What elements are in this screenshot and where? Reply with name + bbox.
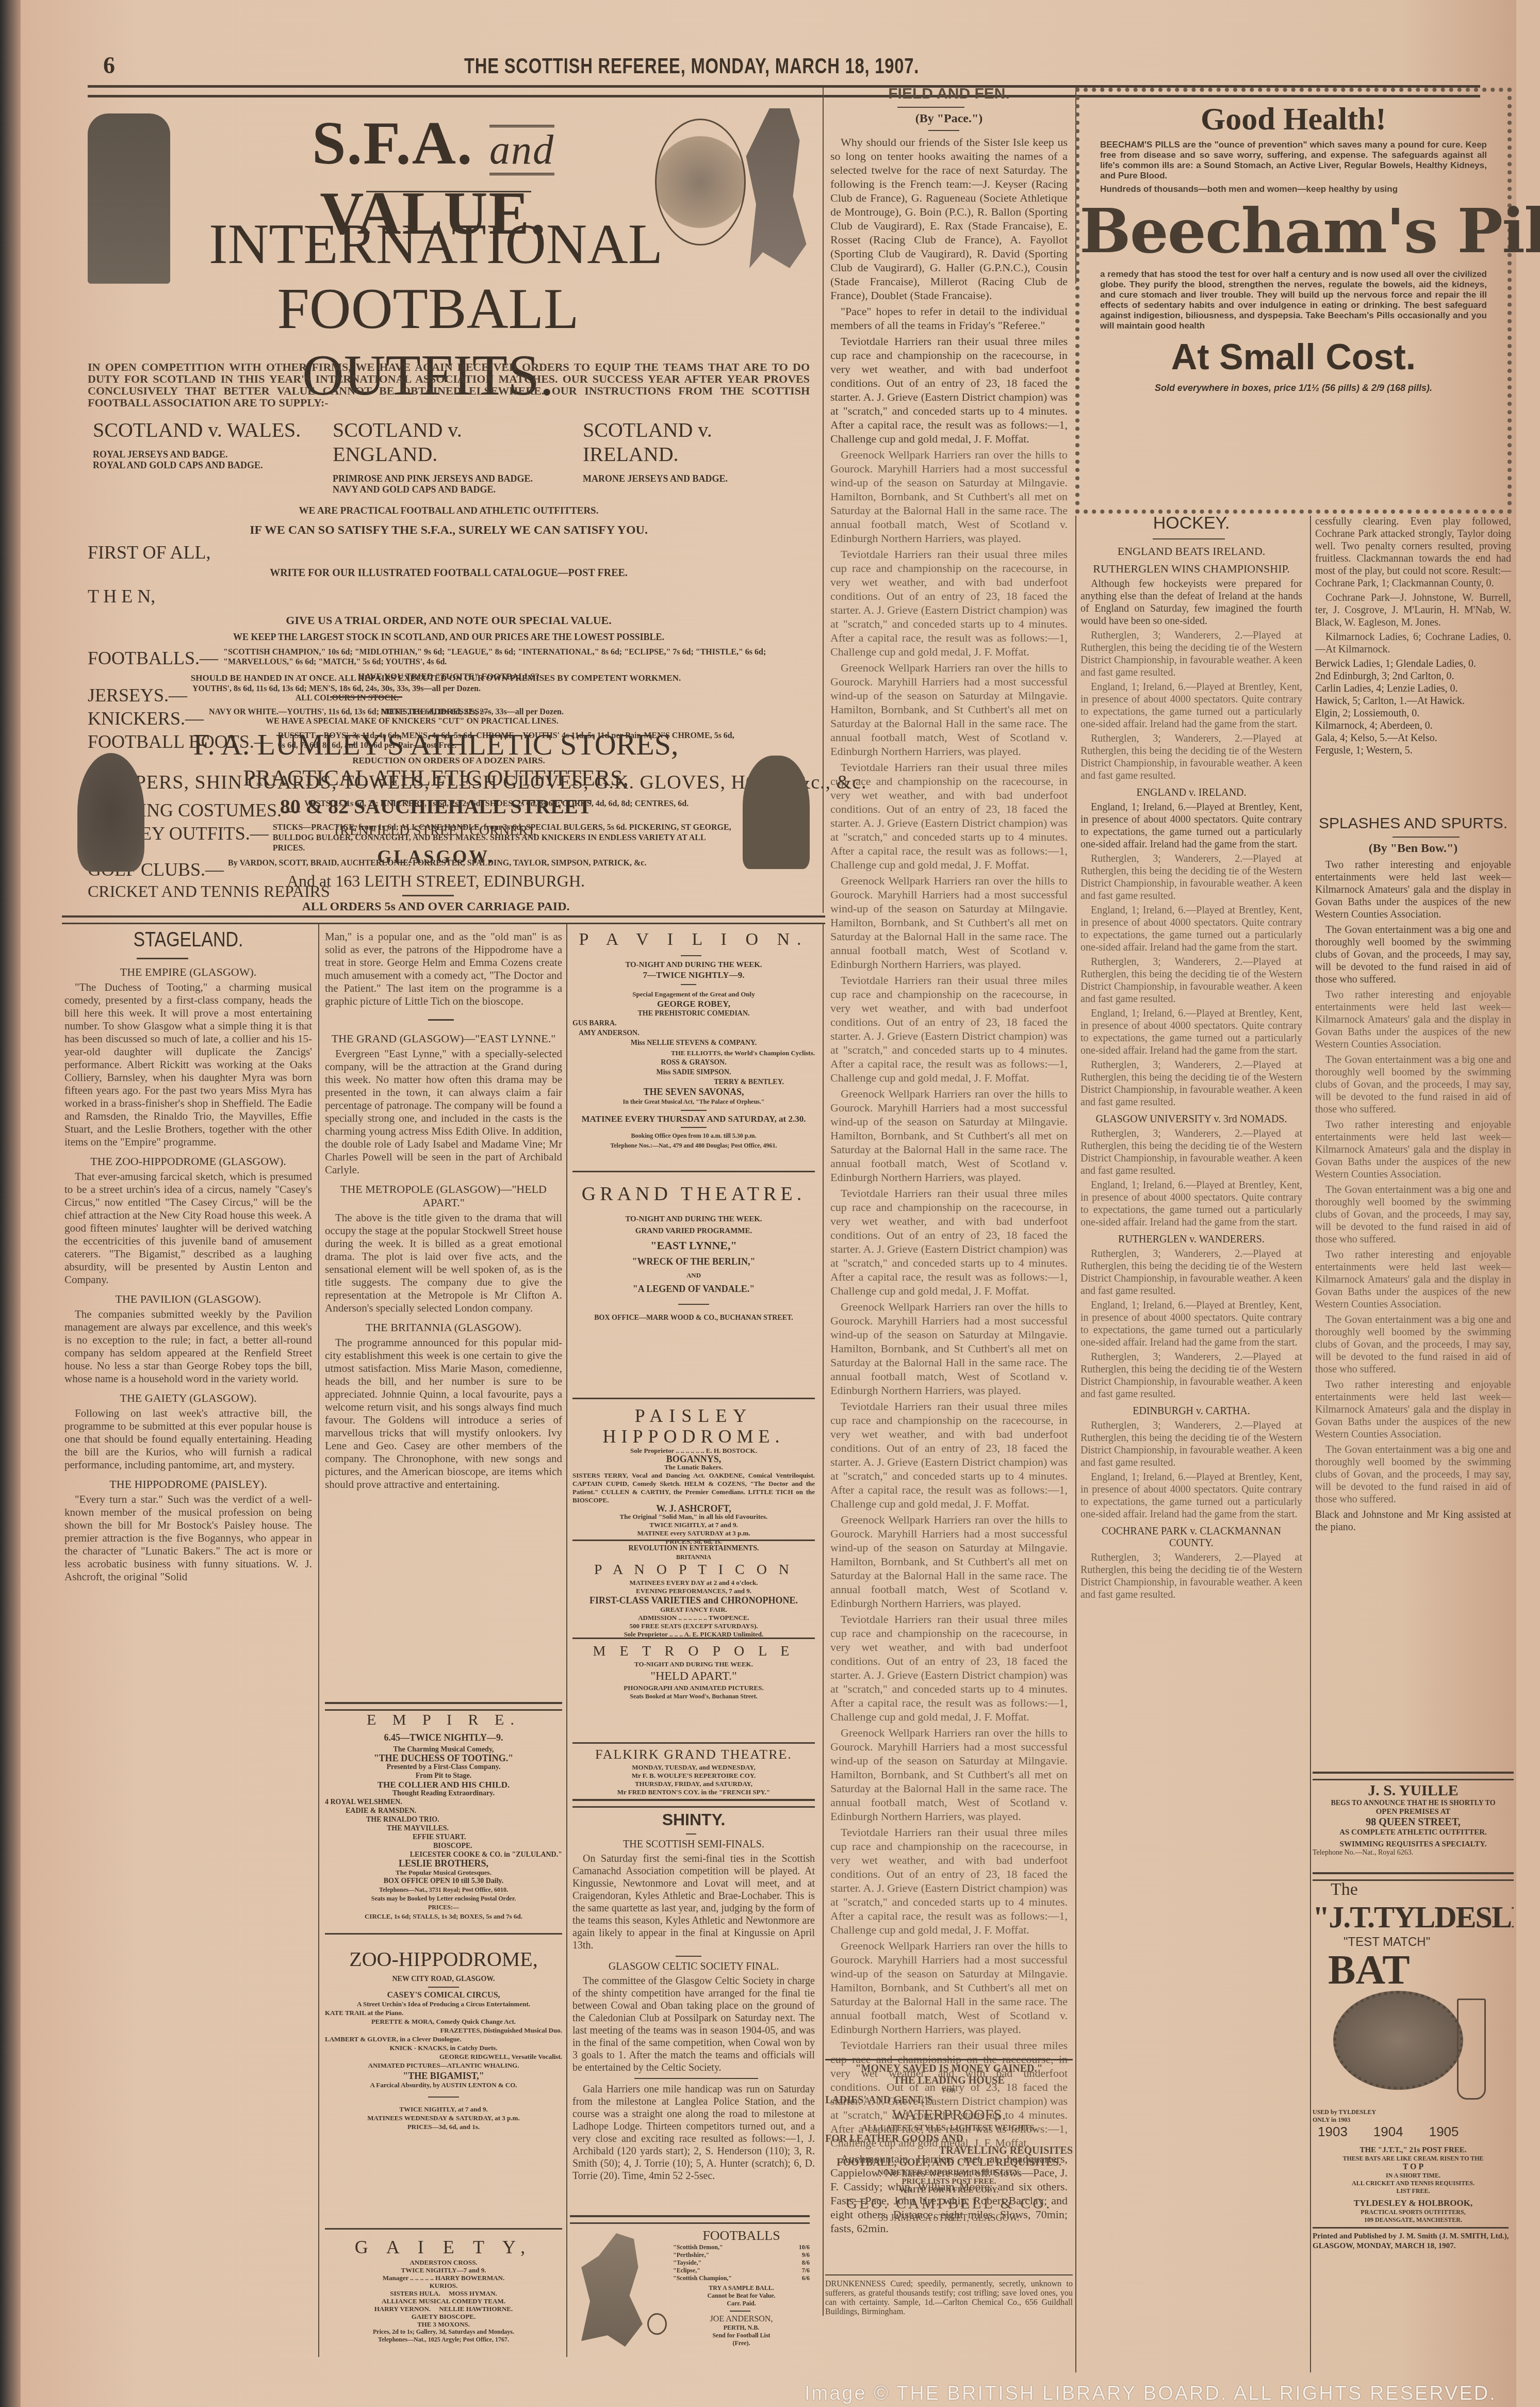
football-price-row: "Eclipse,"7/6 xyxy=(673,2267,810,2274)
panopticon-ad: REVOLUTION IN ENTERTAINMENTS. BRITANNIA … xyxy=(572,1545,815,1639)
scan-edge xyxy=(0,0,21,2407)
store-name: F. A. LUMLEY'S ATHLETIC STORES, xyxy=(62,727,810,762)
footballs-ad: FOOTBALLS "Scottish Demon,"10/6 "Perthsh… xyxy=(673,2228,810,2347)
bat-illustration xyxy=(1457,1999,1486,2100)
yuille-ad: J. S. YUILLE BEGS TO ANNOUNCE THAT HE IS… xyxy=(1313,1782,1514,1857)
match-england: SCOTLAND v. ENGLAND. PRIMROSE AND PINK J… xyxy=(333,418,570,495)
tyldesley-ad: The "J.T.TYLDESLEY" "TEST MATCH" BAT USE… xyxy=(1313,1880,1514,2370)
copyright-watermark: Image © THE BRITISH LIBRARY BOARD. ALL R… xyxy=(805,2383,1497,2405)
masthead: 6 THE SCOTTISH REFEREE, MONDAY, MARCH 18… xyxy=(103,52,1418,83)
imprint: Printed and Published by J. M. Smith (J.… xyxy=(1313,2232,1514,2251)
page-number: 6 xyxy=(103,52,115,79)
drunkenness-ad: DRUNKENNESS Cured; speedily, permanently… xyxy=(825,2280,1073,2317)
match-list: SCOTLAND v. WALES. ROYAL JERSEYS AND BAD… xyxy=(93,418,805,495)
ad-intro: IN OPEN COMPETITION WITH OTHER FIRMS, WE… xyxy=(88,361,810,408)
jersey-illustration xyxy=(88,113,170,284)
shinty-column: SHINTY. THE SCOTTISH SEMI-FINALS. On Sat… xyxy=(572,1810,815,2184)
carriage-paid: ALL ORDERS 5s AND OVER CARRIAGE PAID. xyxy=(62,900,810,914)
lumley-store-section: SHOULD BE HANDED IN AT ONCE. ALL REPAIRS… xyxy=(62,647,810,905)
match-ireland: SCOTLAND v. IRELAND. MARONE JERSEYS AND … xyxy=(583,418,805,495)
football-price-row: "Perthshire,"9/6 xyxy=(673,2251,810,2259)
football-price-row: "Tayside,"8/6 xyxy=(673,2259,810,2267)
section-title: FIELD AND FEN. xyxy=(830,85,1068,103)
beecham-ad: Good Health! BEECHAM'S PILLS are the "ou… xyxy=(1075,88,1512,514)
falkirk-ad: FALKIRK GRAND THEATRE. MONDAY, TUESDAY, … xyxy=(572,1746,815,1796)
football-icon xyxy=(647,2313,667,2335)
zoo-hippodrome-ad: ZOO-HIPPODROME, NEW CITY ROAD, GLASGOW. … xyxy=(325,1947,562,2131)
grand-theatre-ad: GRAND THEATRE. TO-NIGHT AND DURING THE W… xyxy=(572,1181,815,1322)
gaiety-ad: G A I E T Y, ANDERSTON CROSS. TWICE NIGH… xyxy=(325,2236,562,2344)
pavilion-ad: P A V I L I O N. TO-NIGHT AND DURING THE… xyxy=(572,928,815,1151)
results-list: Berwick Ladies, 1; Glendale Ladies, 0. 2… xyxy=(1315,658,1511,757)
paisley-hippodrome-ad: PAISLEY HIPPODROME. Sole Proprietor .. .… xyxy=(572,1405,815,1546)
stageland-column-2: Man," is a popular one, and as the "old … xyxy=(325,928,562,1493)
beecham-brand: Beecham's Pills xyxy=(1079,195,1508,267)
stageland-column: STAGELAND. THE EMPIRE (GLASGOW). "The Du… xyxy=(64,928,312,1585)
football-price-row: "Scottish Champion,"6/6 xyxy=(673,2274,810,2282)
year-row: 1903 1904 1905 xyxy=(1318,2124,1514,2140)
metropole-ad: M E T R O P O L E TO-NIGHT AND DURING TH… xyxy=(572,1643,815,1700)
footballer-illustration xyxy=(743,108,810,268)
match-wales: SCOTLAND v. WALES. ROYAL JERSEYS AND BAD… xyxy=(93,418,320,495)
football-price-row: "Scottish Demon,"10/6 xyxy=(673,2244,810,2251)
campbell-ad: "MONEY SAVED IS MONEY GAINED." THE LEADI… xyxy=(825,2063,1073,2223)
ad-subhead-international: INTERNATIONAL xyxy=(191,211,681,277)
hockey-column: HOCKEY. ENGLAND BEATS IRELAND. RUTHERGLE… xyxy=(1080,513,1302,1603)
field-and-fen-column: FIELD AND FEN. (By "Pace.") Why should o… xyxy=(830,85,1068,2237)
empire-ad: E M P I R E. 6.45—TWICE NIGHTLY—9. The C… xyxy=(325,1710,562,1921)
tyldesley-portrait xyxy=(1333,1991,1463,2090)
column-six: cessfully clearing. Even play followed, … xyxy=(1315,513,1511,757)
masthead-title: THE SCOTTISH REFEREE, MONDAY, MARCH 18, … xyxy=(464,54,919,78)
splashes-column: SPLASHES AND SPURTS. (By "Ben Bow.") Two… xyxy=(1315,815,1511,1536)
